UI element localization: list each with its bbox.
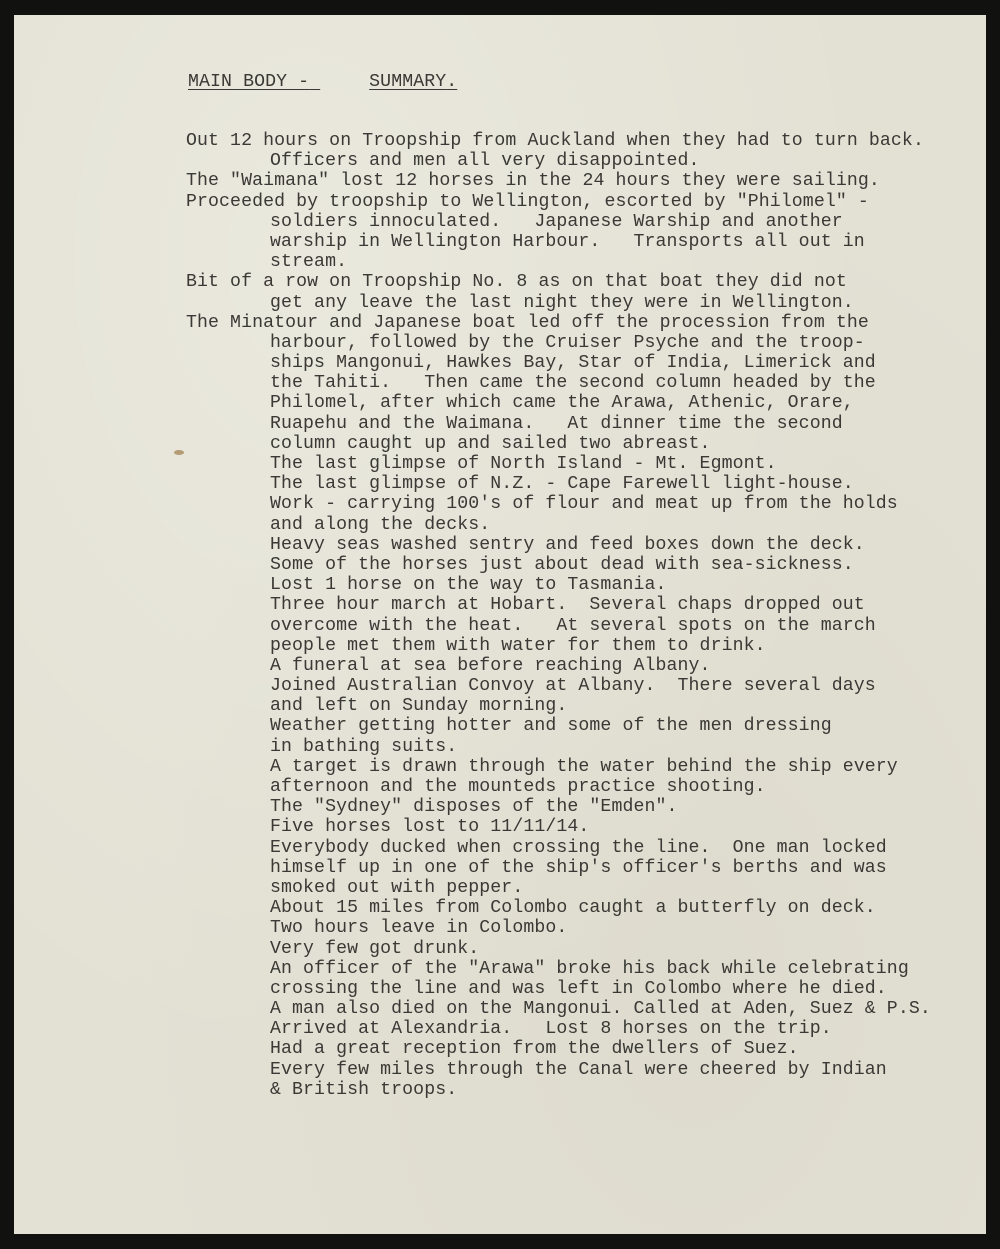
summary-text-body: Out 12 hours on Troopship from Auckland … <box>186 131 931 1100</box>
title-summary: SUMMARY <box>369 72 446 92</box>
summary-line: warship in Wellington Harbour. Transport… <box>186 232 931 252</box>
document-title: MAIN BODY - SUMMARY. <box>188 72 457 92</box>
summary-line: & British troops. <box>186 1080 931 1100</box>
summary-line: Out 12 hours on Troopship from Auckland … <box>186 131 931 151</box>
summary-line: The "Waimana" lost 12 horses in the 24 h… <box>186 171 931 191</box>
summary-line: smoked out with pepper. <box>186 878 931 898</box>
summary-line: Ruapehu and the Waimana. At dinner time … <box>186 414 931 434</box>
summary-line: About 15 miles from Colombo caught a but… <box>186 898 931 918</box>
summary-line: in bathing suits. <box>186 737 931 757</box>
summary-line: himself up in one of the ship's officer'… <box>186 858 931 878</box>
summary-line: soldiers innoculated. Japanese Warship a… <box>186 212 931 232</box>
title-period: . <box>446 72 457 92</box>
summary-line: crossing the line and was left in Colomb… <box>186 979 931 999</box>
summary-line: The Minatour and Japanese boat led off t… <box>186 313 931 333</box>
summary-line: column caught up and sailed two abreast. <box>186 434 931 454</box>
summary-line: ships Mangonui, Hawkes Bay, Star of Indi… <box>186 353 931 373</box>
summary-line: Every few miles through the Canal were c… <box>186 1060 931 1080</box>
title-gap <box>309 72 369 92</box>
summary-line: Three hour march at Hobart. Several chap… <box>186 595 931 615</box>
summary-line: Five horses lost to 11/11/14. <box>186 817 931 837</box>
summary-line: people met them with water for them to d… <box>186 636 931 656</box>
summary-line: Officers and men all very disappointed. <box>186 151 931 171</box>
summary-line: Everybody ducked when crossing the line.… <box>186 838 931 858</box>
summary-line: harbour, followed by the Cruiser Psyche … <box>186 333 931 353</box>
summary-line: Very few got drunk. <box>186 939 931 959</box>
summary-line: Had a great reception from the dwellers … <box>186 1039 931 1059</box>
summary-line: Lost 1 horse on the way to Tasmania. <box>186 575 931 595</box>
summary-line: Bit of a row on Troopship No. 8 as on th… <box>186 272 931 292</box>
summary-line: Two hours leave in Colombo. <box>186 918 931 938</box>
summary-line: Work - carrying 100's of flour and meat … <box>186 494 931 514</box>
document-page: MAIN BODY - SUMMARY. Out 12 hours on Tro… <box>14 15 986 1234</box>
summary-line: Joined Australian Convoy at Albany. Ther… <box>186 676 931 696</box>
summary-line: Arrived at Alexandria. Lost 8 horses on … <box>186 1019 931 1039</box>
summary-line: An officer of the "Arawa" broke his back… <box>186 959 931 979</box>
summary-line: A man also died on the Mangonui. Called … <box>186 999 931 1019</box>
summary-line: The "Sydney" disposes of the "Emden". <box>186 797 931 817</box>
summary-line: Proceeded by troopship to Wellington, es… <box>186 192 931 212</box>
summary-line: Heavy seas washed sentry and feed boxes … <box>186 535 931 555</box>
summary-line: Philomel, after which came the Arawa, At… <box>186 393 931 413</box>
paper-stain-mark <box>174 450 184 455</box>
title-main-body: MAIN BODY - <box>188 72 309 92</box>
summary-line: The last glimpse of N.Z. - Cape Farewell… <box>186 474 931 494</box>
summary-line: the Tahiti. Then came the second column … <box>186 373 931 393</box>
summary-line: overcome with the heat. At several spots… <box>186 616 931 636</box>
summary-line: A funeral at sea before reaching Albany. <box>186 656 931 676</box>
summary-line: and left on Sunday morning. <box>186 696 931 716</box>
summary-line: afternoon and the mounteds practice shoo… <box>186 777 931 797</box>
summary-line: The last glimpse of North Island - Mt. E… <box>186 454 931 474</box>
summary-line: get any leave the last night they were i… <box>186 293 931 313</box>
summary-line: Some of the horses just about dead with … <box>186 555 931 575</box>
summary-line: stream. <box>186 252 931 272</box>
summary-line: A target is drawn through the water behi… <box>186 757 931 777</box>
summary-line: Weather getting hotter and some of the m… <box>186 716 931 736</box>
summary-line: and along the decks. <box>186 515 931 535</box>
